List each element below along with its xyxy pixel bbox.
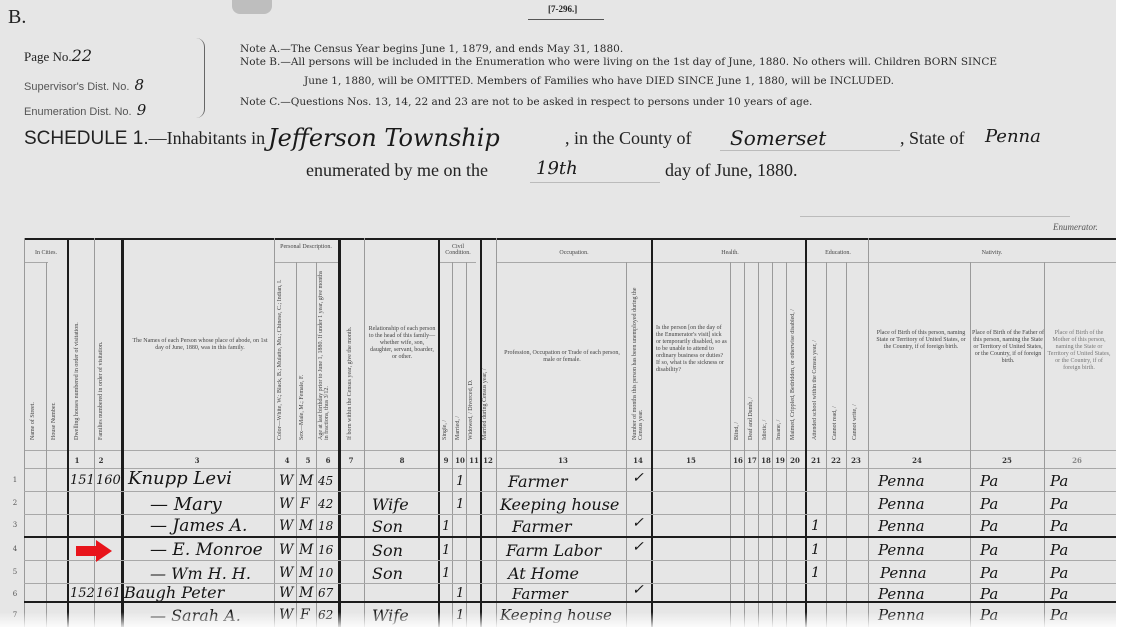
- col-street-label: Name of Street.: [30, 380, 36, 440]
- enumeration-day: 19th: [536, 158, 578, 179]
- col-rule: [772, 262, 773, 627]
- colnum: 6: [321, 456, 335, 465]
- ink-smudge: [232, 0, 272, 14]
- father-birthplace: Pa: [980, 541, 998, 559]
- col-rule: [868, 238, 869, 627]
- single-mark: 1: [442, 543, 450, 558]
- col-cannot-read-label: Cannot read, /: [832, 390, 838, 440]
- col-insane-label: Insane, /: [776, 405, 782, 440]
- note-b-line1: Note B.—All persons will be included in …: [240, 56, 997, 68]
- father-birthplace: Pa: [980, 564, 998, 582]
- supervisor-label: Supervisor's Dist. No.: [24, 81, 129, 93]
- sex: M: [299, 473, 313, 489]
- township-value: Jefferson Township: [268, 124, 500, 152]
- schedule-title-line: SCHEDULE 1.—Inhabitants in: [24, 128, 265, 150]
- person-name: — James A.: [150, 516, 247, 536]
- line-number: 2: [8, 499, 22, 507]
- line-number: 6: [8, 590, 22, 598]
- col-rule: [296, 262, 297, 627]
- married-mark: 1: [456, 474, 464, 489]
- col-idiotic-label: Idiotic, /: [762, 405, 768, 440]
- col-sex-label: Sex—Male, M.; Female, F.: [299, 340, 305, 440]
- col-rule: [316, 262, 317, 627]
- enumeration-value: 9: [137, 101, 147, 119]
- col-born-month-label: If born within the Census year, give the…: [347, 290, 353, 440]
- mother-birthplace: Pa: [1050, 585, 1068, 603]
- col-sickness-label: Is the person [on the day of the Enumera…: [656, 325, 728, 374]
- colnum: 5: [301, 456, 315, 465]
- relationship: Son: [372, 564, 403, 583]
- enumerated-label: enumerated by me on the: [306, 160, 488, 181]
- col-rule: [970, 262, 971, 627]
- col-rule: [730, 262, 731, 627]
- row-rule: [24, 560, 1116, 561]
- enumerator-label: Enumerator.: [1053, 222, 1098, 232]
- col-rule: [651, 238, 653, 627]
- col-rule: [46, 262, 47, 627]
- supervisor-district-field: Supervisor's Dist. No. 8: [24, 75, 144, 94]
- group-occupation: Occupation.: [496, 250, 652, 256]
- person-name: — Mary: [150, 494, 222, 515]
- col-rule: [67, 238, 69, 627]
- colnum: 15: [684, 456, 698, 465]
- brace: [196, 38, 205, 118]
- color: W: [279, 518, 293, 534]
- group-in-cities: In Cities.: [24, 250, 68, 256]
- line-number: 3: [8, 521, 22, 529]
- col-rule: [786, 262, 787, 627]
- birthplace: Penna: [878, 472, 925, 490]
- page-fade: [0, 612, 1116, 627]
- colnum: 20: [788, 456, 802, 465]
- mother-birthplace: Pa: [1050, 564, 1068, 582]
- father-birthplace: Pa: [980, 517, 998, 535]
- age: 67: [318, 586, 333, 600]
- school-mark: 1: [811, 565, 820, 581]
- corner-letter: B.: [8, 6, 26, 29]
- occupation: Farmer: [508, 472, 568, 491]
- colnum: 8: [395, 456, 409, 465]
- colnum: 4: [280, 456, 294, 465]
- colnum: 24: [910, 456, 924, 465]
- birthplace: Penna: [878, 585, 925, 603]
- color: W: [279, 496, 293, 512]
- enumerator-underline: [800, 216, 1070, 217]
- col-rule: [846, 262, 847, 627]
- father-birthplace: Pa: [980, 585, 998, 603]
- col-married-label: Married, /: [455, 395, 461, 440]
- married-mark: 1: [456, 586, 464, 601]
- colnum: 2: [94, 456, 108, 465]
- col-rule: [452, 262, 453, 627]
- birthplace: Penna: [878, 495, 925, 513]
- dwelling-number: 152: [70, 586, 95, 601]
- col-mother-birthplace-label: Place of Birth of the Mother of this per…: [1046, 330, 1112, 372]
- mother-birthplace: Pa: [1050, 472, 1068, 490]
- birthplace: Penna: [880, 564, 927, 582]
- group-civil-condition: Civil Condition.: [440, 244, 476, 256]
- enumeration-district-field: Enumeration Dist. No. 9: [24, 100, 146, 119]
- col-rule: [480, 238, 482, 627]
- sex: M: [299, 518, 313, 534]
- col-color-label: Color—White, W.; Black, B.; Mulatto, Mu.…: [277, 270, 291, 440]
- color: W: [279, 565, 293, 581]
- col-cannot-write-label: Cannot write, /: [852, 390, 858, 440]
- col-single-label: Single, /: [442, 400, 448, 440]
- person-name: Knupp Levi: [128, 468, 232, 489]
- dwelling-number: 151: [70, 473, 95, 488]
- red-arrow-icon: [76, 540, 112, 562]
- col-unemployed-label: Number of months this person has been un…: [632, 270, 648, 440]
- married-mark: 1: [456, 497, 464, 512]
- col-widowed-label: Widowed, / Divorced, D.: [468, 360, 474, 440]
- col-rule: [274, 238, 275, 627]
- col-rule: [94, 238, 95, 627]
- colnum: 14: [631, 456, 645, 465]
- row-rule: [24, 491, 1116, 492]
- col-rule: [758, 262, 759, 627]
- mother-birthplace: Pa: [1050, 517, 1068, 535]
- col-father-birthplace-label: Place of Birth of the Father of this per…: [972, 330, 1044, 365]
- colnum: 3: [190, 456, 204, 465]
- color: W: [279, 542, 293, 558]
- person-name: Baugh Peter: [124, 583, 224, 602]
- col-rule: [438, 238, 440, 627]
- relationship: Son: [372, 541, 403, 560]
- age: 42: [318, 497, 333, 511]
- relationship: Wife: [372, 495, 409, 514]
- col-name-label: The Names of each Person whose place of …: [130, 338, 270, 352]
- note-c: Note C.—Questions Nos. 13, 14, 22 and 23…: [240, 96, 812, 108]
- father-birthplace: Pa: [980, 472, 998, 490]
- colnum: 22: [829, 456, 843, 465]
- day-suffix: day of June, 1880.: [665, 160, 797, 181]
- person-name: — Wm H. H.: [150, 564, 251, 583]
- age: 10: [318, 566, 333, 580]
- group-education: Education.: [808, 250, 868, 256]
- father-birthplace: Pa: [980, 495, 998, 513]
- colnum: 7: [344, 456, 358, 465]
- supervisor-value: 8: [135, 76, 145, 94]
- page-value: 22: [72, 46, 92, 65]
- census-page: B. [7-296.] Page No.22 Supervisor's Dist…: [0, 0, 1116, 627]
- unemployed-mark: ✓: [632, 515, 644, 531]
- col-rule: [466, 262, 467, 627]
- line-number: 1: [8, 476, 22, 484]
- county-label: , in the County of: [565, 128, 692, 149]
- colnum: 1: [70, 456, 84, 465]
- color: W: [279, 473, 293, 489]
- state-label: , State of: [900, 128, 965, 149]
- occupation: Farmer: [512, 517, 572, 536]
- col-birthplace-label: Place of Birth of this person, naming St…: [872, 330, 970, 351]
- col-rule: [805, 238, 807, 627]
- col-blind-label: Blind, /: [734, 410, 740, 440]
- colnum: 19: [773, 456, 787, 465]
- colnum: 10: [453, 456, 467, 465]
- col-rule: [826, 262, 827, 627]
- single-mark: 1: [442, 519, 450, 534]
- rule: [868, 262, 1116, 263]
- single-mark: 1: [442, 566, 450, 581]
- mother-birthplace: Pa: [1050, 541, 1068, 559]
- sex: M: [299, 542, 313, 558]
- note-b-line2: June 1, 1880, will be OMITTED. Members o…: [304, 75, 894, 87]
- col-rule: [364, 238, 365, 627]
- age: 18: [318, 519, 333, 533]
- inhabitants-label: —Inhabitants in: [149, 128, 265, 148]
- col-maimed-label: Maimed, Crippled, Bedridden, or otherwis…: [790, 270, 796, 440]
- rule: [808, 262, 868, 263]
- county-value: Somerset: [730, 126, 826, 150]
- unemployed-mark: ✓: [632, 539, 644, 555]
- birthplace: Penna: [878, 517, 925, 535]
- col-house-label: House Number.: [51, 380, 57, 440]
- col-attended-school-label: Attended school within the Census year, …: [812, 300, 818, 440]
- enumeration-label: Enumeration Dist. No.: [24, 106, 132, 118]
- group-personal-description: Personal Description.: [274, 244, 338, 250]
- colnum: 12: [481, 456, 495, 465]
- state-value: Penna: [985, 126, 1041, 147]
- col-rule: [626, 262, 627, 627]
- col-occupation-label: Profession, Occupation or Trade of each …: [502, 350, 622, 364]
- colnum: 17: [745, 456, 759, 465]
- unemployed-mark: ✓: [632, 582, 644, 598]
- school-mark: 1: [811, 542, 820, 558]
- mother-birthplace: Pa: [1050, 495, 1068, 513]
- rule: [274, 262, 338, 263]
- col-rule: [1044, 262, 1045, 627]
- col-rule: [744, 262, 745, 627]
- county-underline: [720, 150, 900, 151]
- sex: M: [299, 565, 313, 581]
- col-rule: [24, 238, 25, 627]
- colnum: 23: [849, 456, 863, 465]
- col-relationship-label: Relationship of each person to the head …: [368, 326, 436, 361]
- age: 16: [318, 543, 333, 557]
- colnum: 21: [809, 456, 823, 465]
- day-underline: [530, 182, 660, 183]
- color: W: [279, 585, 293, 601]
- group-nativity: Nativity.: [868, 250, 1116, 256]
- colnum: 16: [731, 456, 745, 465]
- age: 45: [318, 474, 333, 488]
- col-rule: [121, 238, 124, 627]
- colnum: 26: [1070, 456, 1084, 465]
- col-rule: [338, 238, 341, 627]
- family-number: 161: [96, 586, 121, 601]
- col-married-census-label: Married during Census year, /: [482, 330, 488, 440]
- col-deaf-label: Deaf and Dumb, /: [748, 380, 754, 440]
- page-number-field: Page No.22: [24, 46, 92, 65]
- row-rule-bold: [24, 536, 1116, 538]
- line-number: 5: [8, 568, 22, 576]
- unemployed-mark: ✓: [632, 470, 644, 486]
- person-name: — E. Monroe: [150, 540, 263, 560]
- rule: [24, 262, 48, 263]
- family-number: 160: [96, 473, 121, 488]
- rule: [440, 262, 476, 263]
- colnum: 25: [1000, 456, 1014, 465]
- page-label: Page No.: [24, 49, 72, 64]
- form-number-rule: [528, 19, 604, 20]
- relationship: Son: [372, 517, 403, 536]
- birthplace: Penna: [878, 541, 925, 559]
- school-mark: 1: [811, 518, 820, 534]
- line-number: 4: [8, 545, 22, 553]
- group-health: Health.: [652, 250, 808, 256]
- occupation: Farmer: [512, 585, 568, 603]
- col-rule: [496, 238, 497, 627]
- sex: F: [300, 496, 310, 512]
- colnum: 13: [556, 456, 570, 465]
- colnum: 9: [439, 456, 453, 465]
- table-top-rule: [24, 238, 1116, 240]
- occupation: Farm Labor: [506, 541, 601, 560]
- schedule-title: SCHEDULE 1.: [24, 128, 149, 149]
- colnum: 18: [759, 456, 773, 465]
- occupation: At Home: [508, 564, 579, 583]
- col-dwelling-label: Dwelling houses numbered in order of vis…: [74, 280, 80, 440]
- sex: M: [299, 585, 313, 601]
- colnum-top-rule: [24, 450, 1116, 451]
- col-family-label: Families numbered in order of visitation…: [98, 290, 104, 440]
- form-number: [7-296.]: [548, 4, 577, 14]
- note-a: Note A.—The Census Year begins June 1, 1…: [240, 43, 623, 55]
- occupation: Keeping house: [500, 495, 619, 514]
- col-age-label: Age at last birthday prior to June 1, 18…: [318, 270, 334, 440]
- colnum: 11: [467, 456, 481, 465]
